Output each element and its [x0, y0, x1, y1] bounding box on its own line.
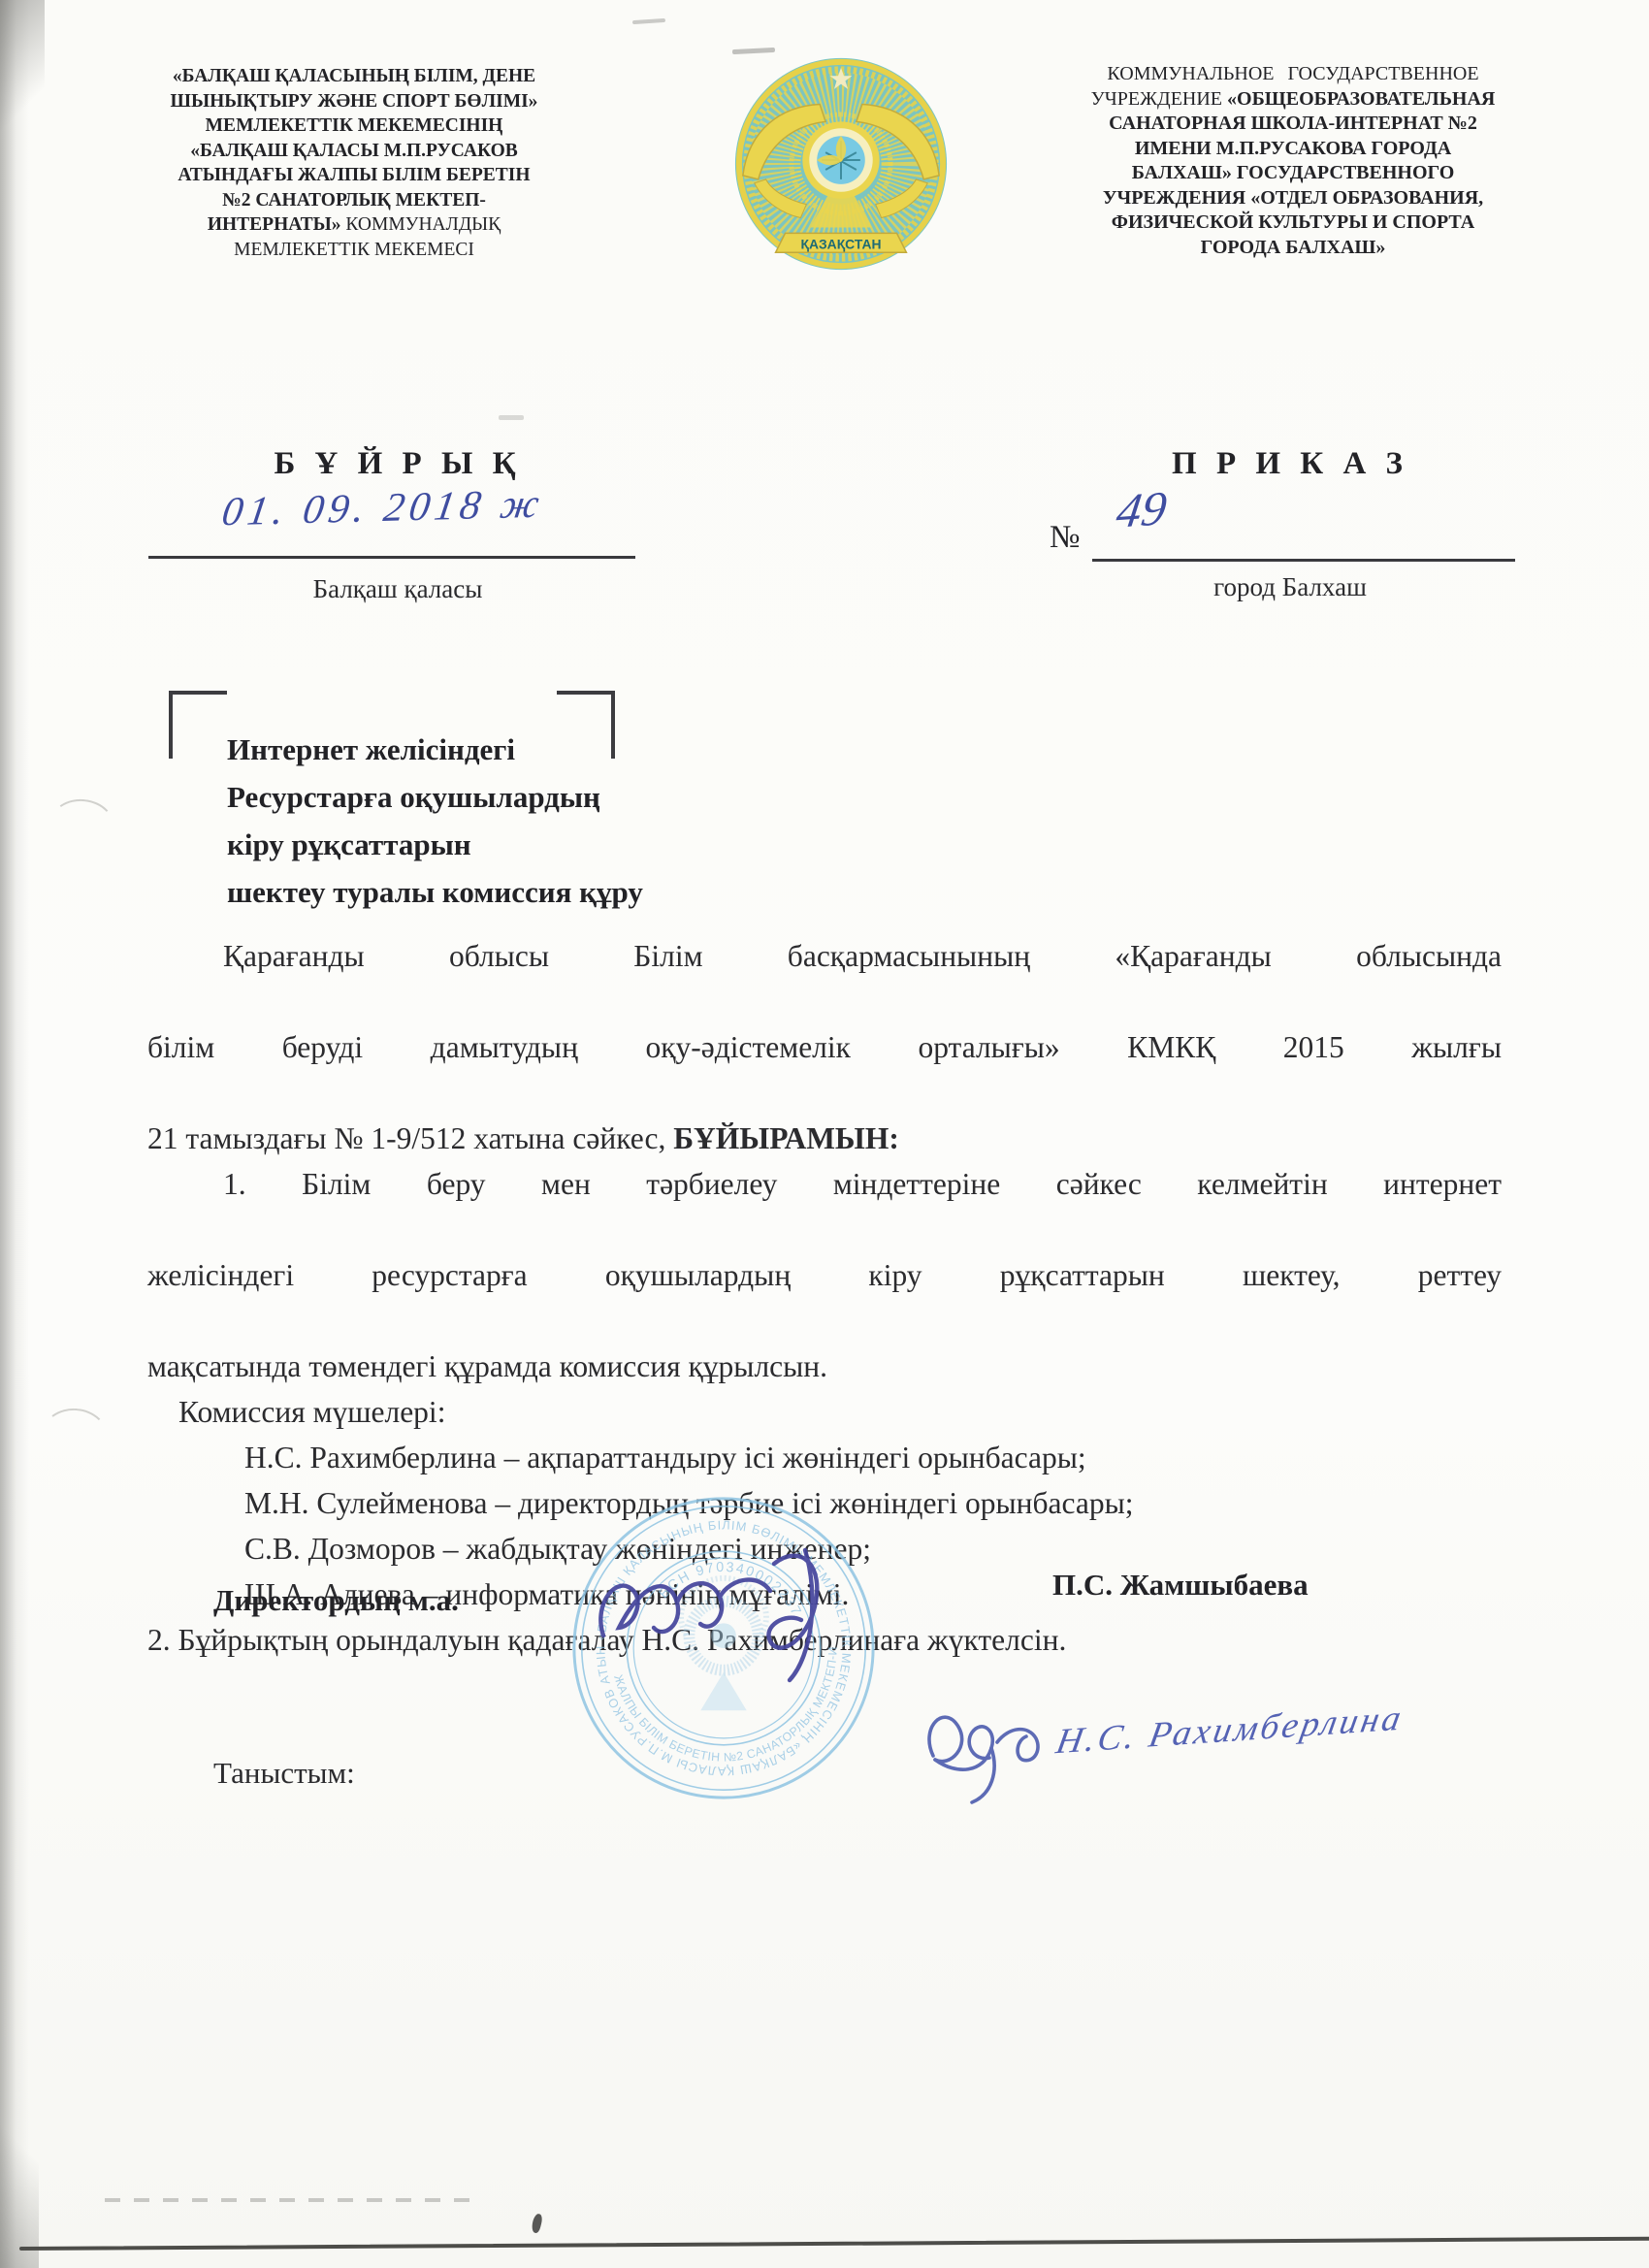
body-line: мақсатында төмендегі құрамда комиссия құ… — [147, 1344, 1502, 1389]
scan-ink-mark — [531, 2213, 544, 2234]
org-line-part: КОММУНАЛДЫҚ — [345, 214, 501, 235]
date-underline — [148, 556, 635, 559]
org-line: УЧРЕЖДЕНИЯ «ОТДЕЛ ОБРАЗОВАНИЯ, — [1036, 186, 1550, 211]
org-line: МЕМЛЕКЕТТІК МЕКЕМЕСІ — [124, 238, 584, 263]
scan-corner-shadow-bottom — [0, 2115, 39, 2268]
acquainted-label: Таныстым: — [213, 1756, 355, 1791]
commission-label: Комиссия мүшелері: — [147, 1389, 1502, 1435]
scan-bottom-edge — [19, 2237, 1649, 2251]
scan-corner-shadow-top — [0, 0, 45, 146]
scanned-order-document: «БАЛҚАШ ҚАЛАСЫНЫҢ БІЛІМ, ДЕНЕ ШЫНЫҚТЫРУ … — [0, 0, 1649, 2268]
director-position-label: Директордың м.а. — [213, 1583, 459, 1618]
subject-line: кіру рұқсаттарын — [227, 821, 906, 868]
acquainted-handwritten-name: Н.С. Рахимберлина — [1053, 1698, 1407, 1763]
org-line: УЧРЕЖДЕНИЕ «ОБЩЕОБРАЗОВАТЕЛЬНАЯ — [1036, 87, 1550, 113]
org-line-part: ИНТЕРНАТЫ» — [208, 214, 341, 235]
kazakhstan-emblem-icon: ҚАЗАҚСТАН — [726, 49, 956, 279]
handwritten-order-number: 49 — [1114, 479, 1171, 538]
order-verb: БҰЙЫРАМЫН: — [673, 1121, 899, 1155]
scan-edge-shadow — [0, 0, 29, 2268]
scan-pencil-curl — [42, 1407, 110, 1439]
commission-member: Н.С. Рахимберлина – ақпараттандыру ісі ж… — [147, 1435, 1502, 1480]
org-line: ФИЗИЧЕСКОЙ КУЛЬТУРЫ И СПОРТА — [1036, 211, 1550, 236]
body-line: 21 тамыздағы № 1-9/512 хатына сәйкес, БҰ… — [147, 1116, 1502, 1161]
body-line: 1. Білім беру мен тәрбиелеу міндеттеріне… — [147, 1161, 1502, 1252]
number-label: № — [1050, 520, 1081, 556]
emblem-banner-text: ҚАЗАҚСТАН — [801, 236, 882, 251]
org-line-part: «ОБЩЕОБРАЗОВАТЕЛЬНАЯ — [1227, 88, 1495, 110]
corner-mark-left — [169, 691, 227, 759]
handwritten-date: 01. 09. 2018 ж — [219, 481, 547, 536]
org-line: АТЫНДАҒЫ ЖАЛПЫ БІЛІМ БЕРЕТІН — [124, 163, 584, 188]
body-line: білім беруді дамытудың оқу-әдістемелік о… — [147, 1024, 1502, 1116]
scan-pencil-curl — [49, 796, 118, 830]
scan-smudge — [499, 415, 524, 420]
org-line-part: УЧРЕЖДЕНИЕ — [1091, 88, 1222, 110]
body-line-part: 21 тамыздағы № 1-9/512 хатына сәйкес, — [147, 1121, 673, 1155]
place-russian: город Балхаш — [1026, 572, 1554, 602]
body-line: желісіндегі ресурстарға оқушылардың кіру… — [147, 1252, 1502, 1344]
org-name-kazakh: «БАЛҚАШ ҚАЛАСЫНЫҢ БІЛІМ, ДЕНЕ ШЫНЫҚТЫРУ … — [124, 64, 584, 262]
subject-line: шектеу туралы комиссия құру — [227, 868, 906, 916]
org-line: ИМЕНИ М.П.РУСАКОВА ГОРОДА — [1036, 137, 1550, 162]
order-title-russian: П Р И К А З — [1026, 446, 1554, 482]
order-title-kazakh: Б Ұ Й Р Ы Қ — [126, 446, 669, 482]
subject-line: Ресурстарға оқушылардың — [227, 773, 906, 821]
place-kazakh: Балқаш қаласы — [126, 574, 669, 604]
acquainted-signature-flourish — [900, 1684, 1075, 1815]
org-line: «БАЛҚАШ ҚАЛАСЫНЫҢ БІЛІМ, ДЕНЕ — [124, 64, 584, 89]
org-line: ИНТЕРНАТЫ» КОММУНАЛДЫҚ — [124, 212, 584, 238]
director-signature — [574, 1521, 953, 1715]
org-line: «БАЛҚАШ ҚАЛАСЫ М.П.РУСАКОВ — [124, 139, 584, 164]
scan-smudge — [632, 18, 665, 24]
director-name: П.С. Жамшыбаева — [1052, 1568, 1309, 1603]
order-subject: Интернет желісіндегі Ресурстарға оқушыла… — [227, 726, 906, 916]
number-underline — [1092, 559, 1515, 562]
org-line: КОММУНАЛЬНОЕ ГОСУДАРСТВЕННОЕ — [1036, 62, 1550, 87]
org-line: МЕМЛЕКЕТТІК МЕКЕМЕСІНІҢ — [124, 113, 584, 139]
org-line: ГОРОДА БАЛХАШ» — [1036, 236, 1550, 261]
org-line: САНАТОРНАЯ ШКОЛА-ИНТЕРНАТ №2 — [1036, 112, 1550, 137]
subject-line: Интернет желісіндегі — [227, 726, 906, 773]
org-line: №2 САНАТОРЛЫҚ МЕКТЕП- — [124, 188, 584, 213]
org-line: БАЛХАШ» ГОСУДАРСТВЕННОГО — [1036, 161, 1550, 186]
org-line: ШЫНЫҚТЫРУ ЖӘНЕ СПОРТ БӨЛІМІ» — [124, 89, 584, 114]
org-name-russian: КОММУНАЛЬНОЕ ГОСУДАРСТВЕННОЕ УЧРЕЖДЕНИЕ … — [1036, 62, 1550, 260]
body-line: Қарағанды облысы Білім басқармасынының «… — [147, 933, 1502, 1024]
scan-faint-dashes — [105, 2198, 473, 2202]
